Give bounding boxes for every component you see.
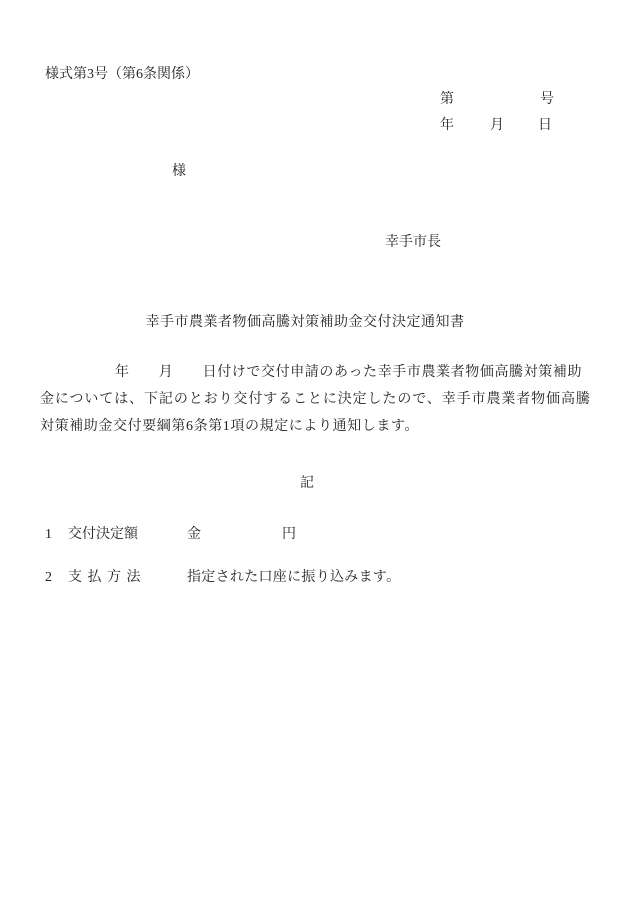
item-2-label: 支 払 方 法 bbox=[68, 571, 142, 585]
item-1-label: 交付決定額 bbox=[68, 528, 138, 542]
ki-heading: 記 bbox=[300, 477, 314, 491]
item-1-number: 1 bbox=[45, 528, 52, 542]
sender-name: 幸手市長 bbox=[385, 236, 441, 250]
date-day-label: 日 bbox=[538, 119, 552, 133]
item-2-number: 2 bbox=[45, 571, 52, 585]
doc-number-prefix: 第 bbox=[440, 93, 454, 107]
document-page: 様式第3号（第6条関係） 第 号 年 月 日 様 幸手市長 幸手市農業者物価高騰… bbox=[0, 0, 630, 903]
body-paragraph-line-3: 対策補助金交付要綱第6条第1項の規定により通知します。 bbox=[40, 420, 419, 434]
item-1-amount-suffix: 円 bbox=[282, 528, 296, 542]
item-1-amount-prefix: 金 bbox=[187, 528, 201, 542]
form-number-label: 様式第3号（第6条関係） bbox=[45, 68, 199, 82]
date-month-label: 月 bbox=[490, 119, 504, 133]
doc-number-suffix: 号 bbox=[540, 93, 554, 107]
body-paragraph-line-2: 金については、下記のとおり交付することに決定したので、幸手市農業者物価高騰 bbox=[40, 393, 591, 407]
addressee-honorific: 様 bbox=[172, 165, 186, 179]
document-title: 幸手市農業者物価高騰対策補助金交付決定通知書 bbox=[0, 316, 610, 330]
date-year-label: 年 bbox=[440, 119, 454, 133]
body-paragraph-line-1: 年 月 日付けで交付申請のあった幸手市農業者物価高騰対策補助 bbox=[115, 366, 582, 380]
item-2-value: 指定された口座に振り込みます。 bbox=[187, 571, 400, 585]
